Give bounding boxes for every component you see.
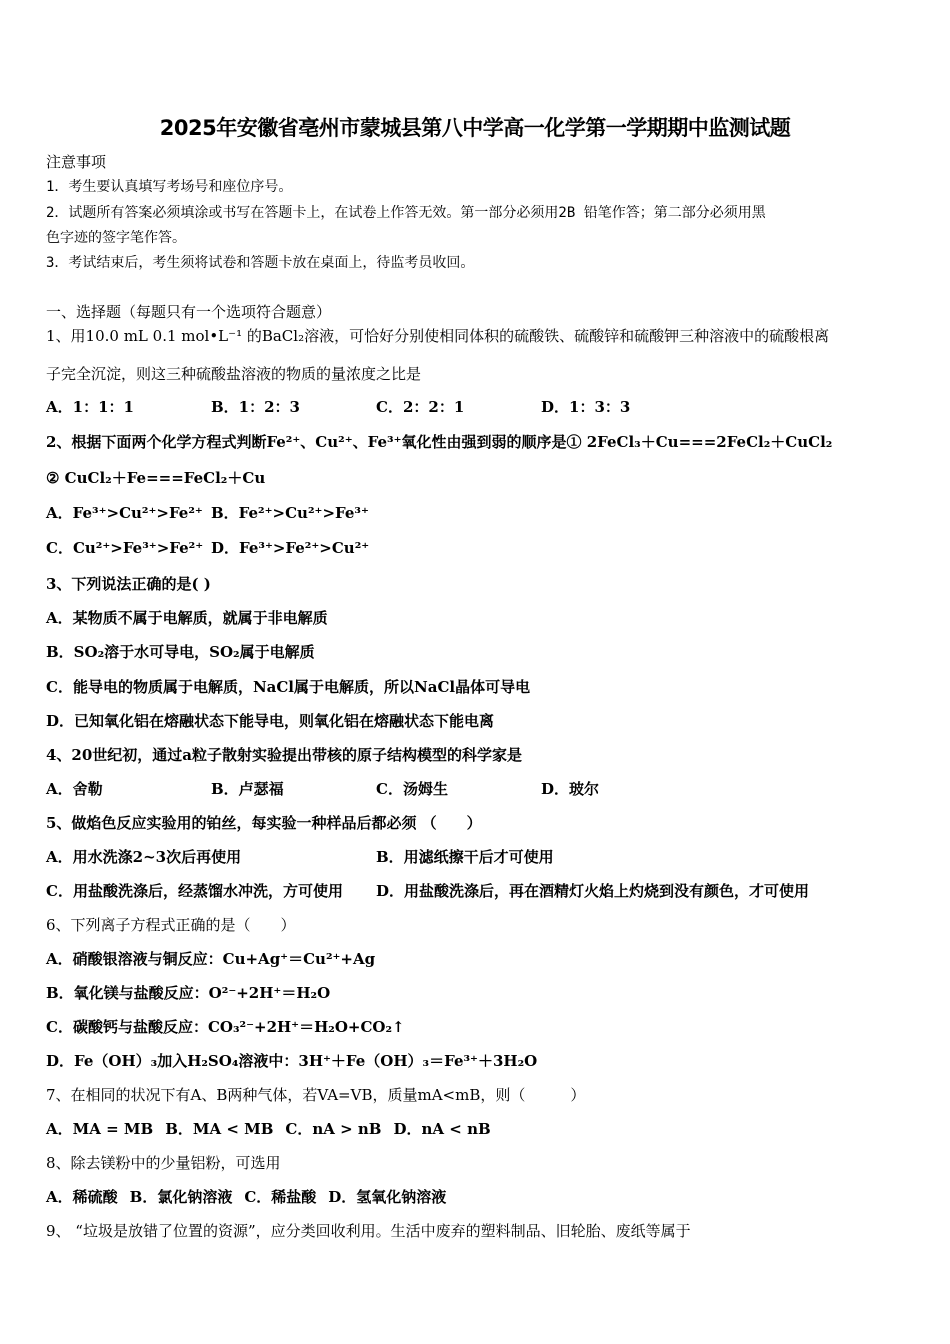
option: D．nA < nB (394, 1119, 491, 1139)
option: B．MA < MB (165, 1119, 273, 1139)
question-stem: ② CuCl₂＋Fe===FeCl₂＋Cu (46, 468, 265, 488)
option: D．已知氧化铝在熔融状态下能导电，则氧化铝在熔融状态下能电离 (46, 711, 494, 731)
option: A．稀硫酸 (46, 1187, 118, 1207)
option: B．氯化钠溶液 (130, 1187, 233, 1207)
option: A．硝酸银溶液与铜反应：Cu+Ag⁺＝Cu²⁺+Ag (46, 949, 375, 969)
page-title: 2025年安徽省亳州市蒙城县第八中学高一化学第一学期期中监测试题 (0, 112, 950, 142)
question-stem: 6、下列离子方程式正确的是（ ） (46, 915, 296, 935)
option: A．Fe³⁺>Cu²⁺>Fe²⁺ (46, 503, 211, 523)
option: C．汤姆生 (376, 779, 541, 799)
question-stem: 8、除去镁粉中的少量铝粉，可选用 (46, 1153, 281, 1173)
option: A．用水洗涤2~3次后再使用 (46, 847, 376, 867)
option: A．某物质不属于电解质，就属于非电解质 (46, 608, 328, 628)
notice-item: 1．考生要认真填写考场号和座位序号。 (46, 177, 292, 197)
options-row: A．稀硫酸B．氯化钠溶液C．稀盐酸D．氢氧化钠溶液 (46, 1187, 446, 1207)
notice-item: 色字迹的签字笔作答。 (46, 228, 186, 248)
option: C．2：2：1 (376, 397, 541, 417)
options-row: C．Cu²⁺>Fe³⁺>Fe²⁺D．Fe³⁺>Fe²⁺>Cu²⁺ (46, 538, 369, 558)
option: D．Fe³⁺>Fe²⁺>Cu²⁺ (211, 538, 369, 558)
option: C．nA > nB (285, 1119, 381, 1139)
question-stem: 9、 “垃圾是放错了位置的资源”，应分类回收利用。生活中废弃的塑料制品、旧轮胎、… (46, 1221, 691, 1241)
notice-heading: 注意事项 (46, 152, 106, 172)
options-row: A．MA = MBB．MA < MBC．nA > nBD．nA < nB (46, 1119, 491, 1139)
options-row: A．舍勒B．卢瑟福C．汤姆生D．玻尔 (46, 779, 599, 799)
option: B．Fe²⁺>Cu²⁺>Fe³⁺ (211, 503, 369, 523)
section-heading: 一、选择题（每题只有一个选项符合题意） (46, 302, 331, 322)
option: B．用滤纸擦干后才可使用 (376, 847, 554, 867)
option: B．氧化镁与盐酸反应：O²⁻+2H⁺＝H₂O (46, 983, 330, 1003)
options-row: A．Fe³⁺>Cu²⁺>Fe²⁺B．Fe²⁺>Cu²⁺>Fe³⁺ (46, 503, 369, 523)
option: A．MA = MB (46, 1119, 153, 1139)
option: D．Fe（OH）₃加入H₂SO₄溶液中：3H⁺＋Fe（OH）₃＝Fe³⁺＋3H₂… (46, 1051, 537, 1071)
question-stem: 7、在相同的状况下有A、B两种气体，若VA=VB，质量mA<mB，则（ ） (46, 1085, 585, 1105)
notice-item: 2．试题所有答案必须填涂或书写在答题卡上，在试卷上作答无效。第一部分必须用2B … (46, 203, 766, 223)
question-stem: 5、做焰色反应实验用的铂丝，每实验一种样品后都必须 （ ） (46, 813, 482, 833)
option: D．玻尔 (541, 779, 599, 799)
options-row: C．用盐酸洗涤后，经蒸馏水冲洗，方可使用D．用盐酸洗涤后，再在酒精灯火焰上灼烧到… (46, 881, 809, 901)
question-stem: 子完全沉淀，则这三种硫酸盐溶液的物质的量浓度之比是 (46, 364, 421, 384)
option: D．氢氧化钠溶液 (328, 1187, 446, 1207)
options-row: A．用水洗涤2~3次后再使用B．用滤纸擦干后才可使用 (46, 847, 554, 867)
option: B．卢瑟福 (211, 779, 376, 799)
option: B．1：2：3 (211, 397, 376, 417)
option: D．用盐酸洗涤后，再在酒精灯火焰上灼烧到没有颜色，才可使用 (376, 881, 809, 901)
question-stem: 1、用10.0 mL 0.1 mol•L⁻¹ 的BaCl₂溶液，可恰好分别使相同… (46, 326, 829, 346)
question-stem: 2、根据下面两个化学方程式判断Fe²⁺、Cu²⁺、Fe³⁺氧化性由强到弱的顺序是… (46, 432, 832, 452)
option: C．Cu²⁺>Fe³⁺>Fe²⁺ (46, 538, 211, 558)
option: C．用盐酸洗涤后，经蒸馏水冲洗，方可使用 (46, 881, 376, 901)
options-row: A．1：1：1B．1：2：3C．2：2：1D．1：3：3 (46, 397, 630, 417)
question-stem: 4、20世纪初，通过a粒子散射实验提出带核的原子结构模型的科学家是 (46, 745, 522, 765)
option: D．1：3：3 (541, 397, 630, 417)
option: B．SO₂溶于水可导电，SO₂属于电解质 (46, 642, 315, 662)
option: C．碳酸钙与盐酸反应：CO₃²⁻+2H⁺＝H₂O+CO₂↑ (46, 1017, 405, 1037)
question-stem: 3、下列说法正确的是( ) (46, 574, 211, 594)
option: C．稀盐酸 (244, 1187, 316, 1207)
option: A．1：1：1 (46, 397, 211, 417)
option: C．能导电的物质属于电解质，NaCl属于电解质，所以NaCl晶体可导电 (46, 677, 530, 697)
option: A．舍勒 (46, 779, 211, 799)
notice-item: 3．考试结束后，考生须将试卷和答题卡放在桌面上，待监考员收回。 (46, 253, 474, 273)
